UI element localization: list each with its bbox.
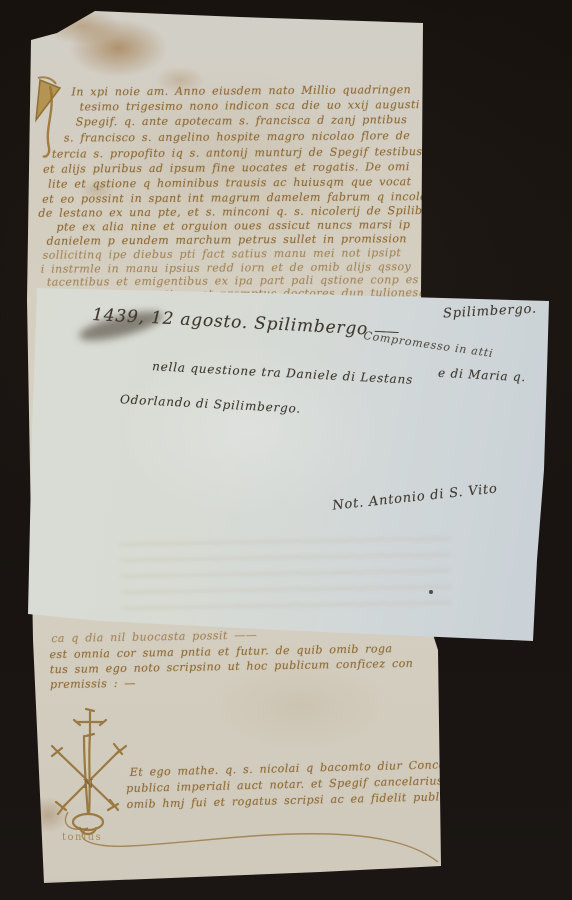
show-through-text	[119, 537, 450, 621]
sign-caption-text: tonius	[62, 832, 102, 843]
slip-corner-label: Spilimbergo.	[443, 302, 538, 322]
slip-subject-line: Compromesso in atti	[363, 329, 495, 360]
slip-date-text: 1439, 12 agosto. Spilimbergo	[92, 305, 369, 339]
pinhole-dot	[429, 590, 433, 594]
archival-photo: In xpi noie am. Anno eiusdem nato Millio…	[0, 0, 572, 900]
slip-parties-line: Odorlando di Spilimbergo.	[120, 392, 302, 415]
slip-parties-line: nella questione tra Daniele di Lestans	[152, 359, 414, 387]
slip-notary-note: Not. Antonio di S. Vito	[332, 481, 499, 513]
slip-parties-line: e di Maria q.	[438, 366, 527, 385]
slip-date-line: 1439, 12 agosto. Spilimbergo ——	[92, 305, 399, 341]
